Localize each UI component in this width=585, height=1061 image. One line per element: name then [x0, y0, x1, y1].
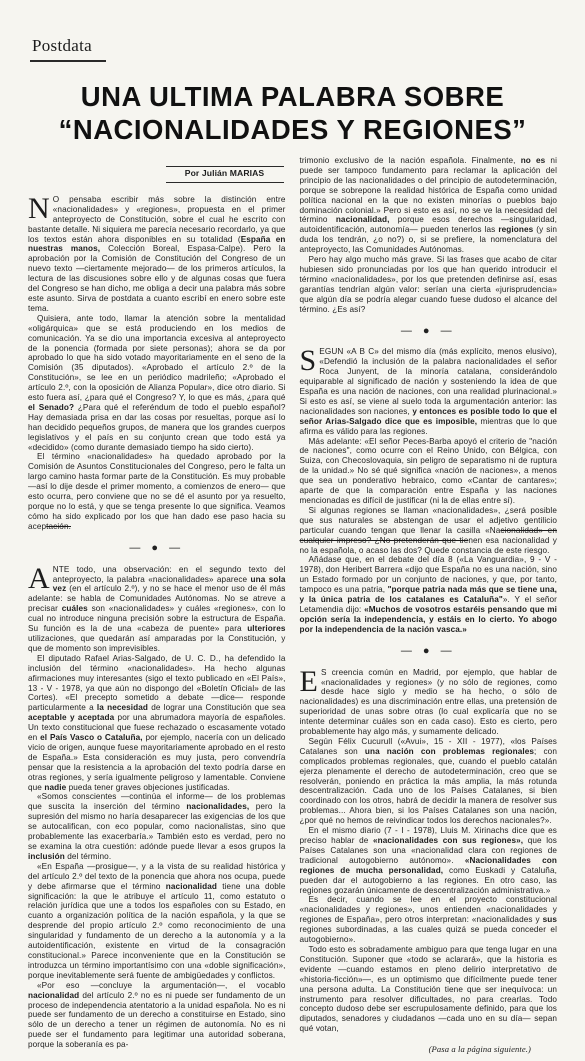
- text-segment: Todo esto es sobradamente ambiguo para q…: [300, 945, 558, 1033]
- paragraph: Quisiera, ante todo, llamar la atención …: [28, 314, 286, 453]
- paragraph: NO pensaba escribir más sobre la distinc…: [28, 195, 286, 314]
- text-segment: una nación con problemas regionales: [365, 747, 534, 756]
- text-segment: nadie: [44, 783, 66, 792]
- text-segment: regiones subordinadas, a las cuales quiz…: [300, 925, 558, 944]
- text-segment: El término «nacionalidades» ha quedado a…: [28, 452, 286, 530]
- section-separator: — ● —: [300, 647, 558, 657]
- text-segment: regiones: [498, 225, 533, 234]
- drop-cap: E: [300, 668, 321, 694]
- text-segment: ; con complicados problemas regionales, …: [300, 747, 558, 825]
- text-segment: el País Vasco o Cataluña,: [40, 733, 143, 742]
- text-segment: del término.: [65, 852, 111, 861]
- text-segment: nacionalidad: [28, 991, 79, 1000]
- continuation-note: (Pasa a la página siguiente.): [300, 1045, 558, 1055]
- drop-cap: N: [28, 195, 53, 221]
- drop-cap: A: [28, 565, 53, 591]
- text-segment: Más adelante: «El señor Peces-Barba apoy…: [300, 437, 558, 505]
- paragraph: Pero hay algo mucho más grave. Si las fr…: [300, 255, 558, 314]
- column-right: trimonio exclusivo de la nación española…: [300, 156, 558, 1055]
- text-segment: tiene una doble significación: la que le…: [28, 882, 286, 980]
- article-body: Por Julián MARIAS NO pensaba escribir má…: [28, 156, 557, 1055]
- text-segment: Es decir, cuando se lee en el proyecto c…: [300, 895, 558, 924]
- byline: Por Julián MARIAS: [166, 166, 284, 183]
- column-left: Por Julián MARIAS NO pensaba escribir má…: [28, 156, 286, 1055]
- paragraph: «Somos conscientes —continúa el informe—…: [28, 792, 286, 861]
- text-segment: Pero hay algo mucho más grave. Si las fr…: [300, 255, 558, 314]
- text-segment: ulteriores: [247, 624, 285, 633]
- paragraph: En el mismo diario (7 - I - 1978), Lluis…: [300, 826, 558, 895]
- text-segment: trimonio exclusivo de la nación española…: [300, 156, 521, 165]
- text-segment: (Pasa a la página siguiente.): [429, 1044, 531, 1054]
- text-segment: utilizaciones, que quedarán así amparada…: [28, 634, 286, 653]
- paragraph: «Por eso —concluye la argumentación—, el…: [28, 981, 286, 1050]
- text-segment: Colección Boreal, Espasa-Calpe). Pero la…: [28, 244, 286, 312]
- text-segment: aceptable y aceptada: [28, 713, 114, 722]
- text-segment: S creencia común en Madrid, por ejemplo,…: [300, 668, 558, 736]
- section-kicker: Postdata: [30, 36, 106, 62]
- text-segment: Quisiera, ante todo, llamar la atención …: [28, 314, 286, 402]
- text-segment: tación.: [46, 522, 71, 531]
- paragraph: Es decir, cuando se lee en el proyecto c…: [300, 895, 558, 945]
- article-page: Postdata UNA ULTIMA PALABRA SOBRE “NACIO…: [0, 0, 585, 1061]
- paragraph: «En España —prosigue—, y a la vista de s…: [28, 862, 286, 981]
- paragraph: trimonio exclusivo de la nación española…: [300, 156, 558, 255]
- paragraph: Según Félix Cucurull («Avui», 15 - XII -…: [300, 737, 558, 826]
- drop-cap: S: [300, 347, 320, 373]
- article-title: UNA ULTIMA PALABRA SOBRE “NACIONALIDADES…: [28, 80, 557, 146]
- text-segment: nacionalidad: [166, 882, 217, 891]
- text-segment: ni puede ser tampoco fundamento para rec…: [300, 156, 558, 224]
- text-segment: el Senado?: [28, 403, 74, 412]
- paragraph: Todo esto es sobradamente ambiguo para q…: [300, 945, 558, 1034]
- text-segment: pueda tener graves objeciones justificad…: [66, 783, 230, 792]
- paragraph: El término «nacionalidades» ha quedado a…: [28, 452, 286, 531]
- paragraph: El diputado Rafael Arias-Salgado, de U. …: [28, 654, 286, 793]
- text-segment: «Por eso —concluye la argumentación—, el…: [37, 981, 286, 990]
- paragraph: ANTE todo, una observación: en el segund…: [28, 565, 286, 654]
- article-title-line2: “NACIONALIDADES Y REGIONES”: [59, 114, 527, 145]
- section-separator: — ● —: [300, 327, 558, 337]
- text-segment: de lograr una Constitución que sea: [148, 703, 285, 712]
- article-title-line1: UNA ULTIMA PALABRA SOBRE: [81, 81, 504, 112]
- paragraph: ES creencia común en Madrid, por ejemplo…: [300, 668, 558, 737]
- text-segment: cuáles: [62, 604, 88, 613]
- text-segment: nacionalidad,: [336, 215, 390, 224]
- section-separator: — ● —: [28, 544, 286, 554]
- text-segment: la necesidad: [97, 703, 148, 712]
- paragraph: Más adelante: «El señor Peces-Barba apoy…: [300, 437, 558, 506]
- paragraph: Si algunas regiones se llaman «nacionali…: [300, 506, 558, 556]
- text-segment: inclusión: [28, 852, 65, 861]
- text-segment: «nacionalidades con sus regiones»,: [373, 836, 523, 845]
- text-segment: sus: [543, 915, 557, 924]
- paragraph: SEGUN «A B C» del mismo día (más explíci…: [300, 347, 558, 436]
- text-segment: EGUN «A B C» del mismo día (más explícit…: [300, 347, 558, 415]
- text-segment: nacionalidades,: [186, 802, 249, 811]
- text-segment: no es: [521, 156, 546, 165]
- paragraph: Añádase que, en el debate del día 8 («La…: [300, 555, 558, 634]
